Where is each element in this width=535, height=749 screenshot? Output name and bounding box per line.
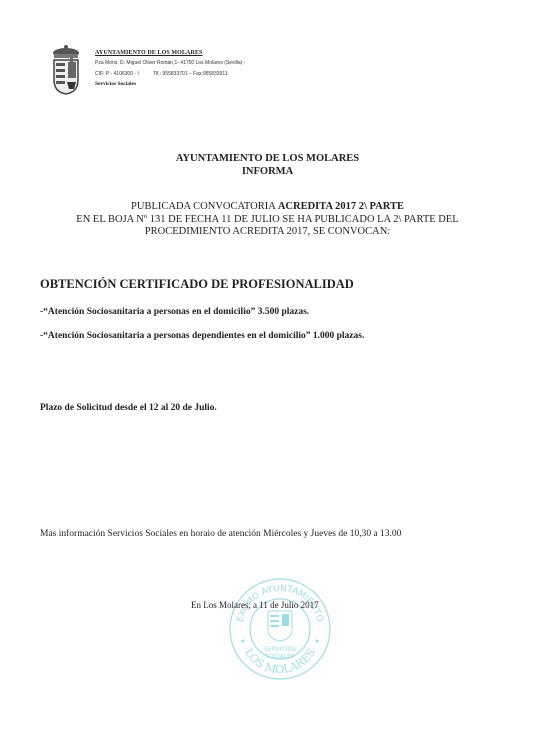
course-item: -“Atención Sociosanitaria a personas dep… <box>40 331 364 341</box>
announcement-line-2: EN EL BOJA Nº 131 DE FECHA 11 DE JULIO S… <box>0 214 535 227</box>
letterhead-address: Pza Mons. D. Miguel Oliver Román,1- 4175… <box>95 60 245 66</box>
heading-line-1: AYUNTAMIENTO DE LOS MOLARES <box>0 152 535 165</box>
letterhead-phone-fax: Tlf.: 955833701 – Fax:955833911 <box>153 71 228 77</box>
svg-text:SERVICIOS: SERVICIOS <box>264 646 296 653</box>
heading-line-2: INFORMA <box>0 165 535 178</box>
letterhead-title: AYUNTAMIENTO DE LOS MOLARES <box>95 50 202 56</box>
announcement-highlight: ACREDITA 2017 2\ PARTE <box>278 201 404 212</box>
official-stamp-icon: EXCMO AYUNTAMIENTO LOS MOLARES SERVICIOS… <box>228 577 332 681</box>
letterhead-contact: CIF: P - 4106300 - ITlf.: 955833701 – Fa… <box>95 71 228 77</box>
course-item: -“Atención Sociosanitaria a personas en … <box>40 307 309 317</box>
section-title: OBTENCIÓN CERTIFICADO DE PROFESIONALIDAD <box>40 277 354 292</box>
coat-of-arms-icon <box>50 44 82 96</box>
letterhead-department: Servicios Sociales <box>95 81 136 87</box>
announcement-line-1: PUBLICADA CONVOCATORIA ACREDITA 2017 2\ … <box>0 201 535 214</box>
application-deadline: Plazo de Solicitud desde el 12 al 20 de … <box>40 403 217 413</box>
announcement: PUBLICADA CONVOCATORIA ACREDITA 2017 2\ … <box>0 201 535 239</box>
svg-text:SOCIALES: SOCIALES <box>265 653 295 660</box>
announcement-line-3: PROCEDIMIENTO ACREDITA 2017, SE CONVOCAN… <box>0 226 535 239</box>
letterhead-cif: CIF: P - 4106300 - I <box>95 71 139 77</box>
more-info: Mas información Servicios Sociales en ho… <box>40 529 401 539</box>
page-heading: AYUNTAMIENTO DE LOS MOLARES INFORMA <box>0 152 535 178</box>
place-date: En Los Molares, a 11 de Julio 2017 <box>191 600 319 610</box>
